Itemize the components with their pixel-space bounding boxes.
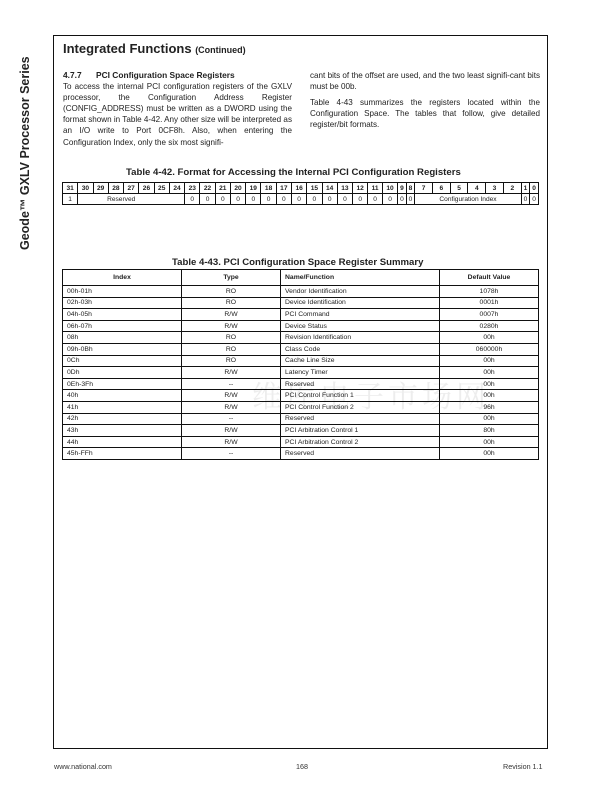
cell-name: Revision Identification	[281, 332, 440, 344]
bit-number-cell: 5	[450, 183, 468, 194]
cell-type: R/W	[182, 309, 281, 321]
bit-number-cell: 27	[124, 183, 139, 194]
bit-field-cell: 0	[200, 194, 215, 205]
bit-number-cell: 21	[215, 183, 230, 194]
bit-header-row: 3130292827262524232221201918171615141312…	[63, 183, 539, 194]
bit-number-cell: 0	[530, 183, 539, 194]
bit-number-cell: 22	[200, 183, 215, 194]
col-header-type: Type	[182, 270, 281, 286]
heading-continued: (Continued)	[195, 45, 245, 55]
footer-revision: Revision 1.1	[503, 762, 543, 771]
bit-field-cell: Reserved	[78, 194, 185, 205]
cell-default: 0280h	[440, 320, 539, 332]
bit-number-cell: 17	[276, 183, 291, 194]
watermark: 维库电子市场网	[252, 372, 490, 416]
cell-default: 060000h	[440, 343, 539, 355]
cell-default: 0001h	[440, 297, 539, 309]
cell-name: Device Identification	[281, 297, 440, 309]
bit-field-cell: 0	[276, 194, 291, 205]
cell-index: 09h-0Bh	[63, 343, 182, 355]
footer-page-number: 168	[296, 762, 308, 771]
bit-field-cell: 0	[230, 194, 245, 205]
bit-field-cell: 0	[406, 194, 415, 205]
cell-index: 45h-FFh	[63, 448, 182, 460]
cell-index: 0Ch	[63, 355, 182, 367]
bit-number-cell: 7	[415, 183, 433, 194]
cell-index: 40h	[63, 390, 182, 402]
table-row: 04h-05hR/WPCI Command0007h	[63, 309, 539, 321]
bit-field-cell: Configuration Index	[415, 194, 521, 205]
cell-type: RO	[182, 332, 281, 344]
bit-number-cell: 16	[291, 183, 306, 194]
cell-default: 00h	[440, 332, 539, 344]
table-42-caption: Table 4-42. Format for Accessing the Int…	[126, 167, 461, 178]
cell-default: 00h	[440, 355, 539, 367]
bit-number-cell: 30	[78, 183, 93, 194]
text-column-right: cant bits of the offset are used, and th…	[310, 70, 540, 130]
heading-title: Integrated Functions	[63, 41, 192, 56]
table-row: 06h-07hR/WDevice Status0280h	[63, 320, 539, 332]
cell-index: 0Dh	[63, 367, 182, 379]
col-header-default: Default Value	[440, 270, 539, 286]
bit-field-cell: 0	[368, 194, 383, 205]
bit-number-cell: 15	[307, 183, 322, 194]
cell-type: R/W	[182, 436, 281, 448]
cell-index: 00h-01h	[63, 286, 182, 298]
continued-paragraph: cant bits of the offset are used, and th…	[310, 70, 540, 92]
bit-number-cell: 12	[353, 183, 368, 194]
cell-type: RO	[182, 297, 281, 309]
bit-field-cell: 0	[215, 194, 230, 205]
bit-number-cell: 26	[139, 183, 154, 194]
table-row: 45h-FFh--Reserved00h	[63, 448, 539, 460]
bit-field-cell: 0	[291, 194, 306, 205]
cell-default: 00h	[440, 448, 539, 460]
cell-index: 08h	[63, 332, 182, 344]
cell-name: PCI Arbitration Control 2	[281, 436, 440, 448]
bit-number-cell: 13	[337, 183, 352, 194]
footer-website: www.national.com	[54, 762, 112, 771]
intro-paragraph: To access the internal PCI configuration…	[63, 81, 292, 148]
bit-field-cell: 0	[521, 194, 530, 205]
bit-field-cell: 0	[246, 194, 261, 205]
col-header-name: Name/Function	[281, 270, 440, 286]
cell-index: 02h-03h	[63, 297, 182, 309]
bit-field-cell: 1	[63, 194, 78, 205]
bit-number-cell: 9	[398, 183, 407, 194]
bit-number-cell: 31	[63, 183, 78, 194]
cell-index: 42h	[63, 413, 182, 425]
bit-number-cell: 2	[503, 183, 521, 194]
register-summary-table: Index Type Name/Function Default Value 0…	[62, 269, 539, 460]
cell-index: 06h-07h	[63, 320, 182, 332]
bit-number-cell: 28	[108, 183, 123, 194]
summary-paragraph: Table 4-43 summarizes the registers loca…	[310, 97, 540, 130]
cell-default: 80h	[440, 425, 539, 437]
bit-field-cell: 0	[530, 194, 539, 205]
bit-number-cell: 8	[406, 183, 415, 194]
bit-field-cell: 0	[382, 194, 397, 205]
bit-number-cell: 11	[368, 183, 383, 194]
table-row: 43hR/WPCI Arbitration Control 180h	[63, 425, 539, 437]
cell-index: 04h-05h	[63, 309, 182, 321]
cell-type: R/W	[182, 425, 281, 437]
table-header-row: Index Type Name/Function Default Value	[63, 270, 539, 286]
section-number: 4.7.7	[63, 70, 96, 81]
cell-index: 41h	[63, 401, 182, 413]
bit-field-cell: 0	[307, 194, 322, 205]
cell-index: 0Eh-3Fh	[63, 378, 182, 390]
table-row: 08hRORevision Identification00h	[63, 332, 539, 344]
cell-type: RO	[182, 355, 281, 367]
table-row: 00h-01hROVendor Identification1078h	[63, 286, 539, 298]
bit-field-row: 1Reserved0000000000000000Configuration I…	[63, 194, 539, 205]
table-row: 44hR/WPCI Arbitration Control 200h	[63, 436, 539, 448]
col-header-index: Index	[63, 270, 182, 286]
cell-default: 00h	[440, 436, 539, 448]
side-series-title: Geode™ GXLV Processor Series	[18, 56, 32, 250]
table-row: 09h-0BhROClass Code060000h	[63, 343, 539, 355]
text-column-left: 4.7.7PCI Configuration Space Registers T…	[63, 70, 292, 148]
cell-index: 43h	[63, 425, 182, 437]
bit-number-cell: 20	[230, 183, 245, 194]
bit-format-table: 3130292827262524232221201918171615141312…	[62, 182, 539, 205]
cell-name: PCI Command	[281, 309, 440, 321]
bit-number-cell: 14	[322, 183, 337, 194]
section-heading: 4.7.7PCI Configuration Space Registers	[63, 70, 292, 81]
cell-name: Reserved	[281, 448, 440, 460]
cell-name: PCI Arbitration Control 1	[281, 425, 440, 437]
bit-number-cell: 18	[261, 183, 276, 194]
bit-number-cell: 10	[382, 183, 397, 194]
cell-name: Vendor Identification	[281, 286, 440, 298]
cell-type: RO	[182, 343, 281, 355]
bit-number-cell: 3	[486, 183, 504, 194]
bit-field-cell: 0	[261, 194, 276, 205]
bit-number-cell: 23	[185, 183, 200, 194]
table-row: 02h-03hRODevice Identification0001h	[63, 297, 539, 309]
bit-number-cell: 25	[154, 183, 169, 194]
cell-default: 1078h	[440, 286, 539, 298]
section-title: PCI Configuration Space Registers	[96, 70, 235, 80]
bit-number-cell: 6	[433, 183, 451, 194]
bit-field-cell: 0	[337, 194, 352, 205]
bit-field-cell: 0	[398, 194, 407, 205]
table-43-caption: Table 4-43. PCI Configuration Space Regi…	[172, 257, 423, 268]
cell-default: 0007h	[440, 309, 539, 321]
bit-number-cell: 24	[169, 183, 184, 194]
page-heading: Integrated Functions (Continued)	[63, 41, 246, 56]
cell-type: R/W	[182, 320, 281, 332]
cell-name: Device Status	[281, 320, 440, 332]
table-row: 0ChROCache Line Size00h	[63, 355, 539, 367]
bit-number-cell: 29	[93, 183, 108, 194]
bit-number-cell: 19	[246, 183, 261, 194]
bit-field-cell: 0	[185, 194, 200, 205]
bit-number-cell: 1	[521, 183, 530, 194]
bit-field-cell: 0	[353, 194, 368, 205]
bit-number-cell: 4	[468, 183, 486, 194]
cell-index: 44h	[63, 436, 182, 448]
cell-name: Cache Line Size	[281, 355, 440, 367]
cell-name: Class Code	[281, 343, 440, 355]
cell-type: --	[182, 448, 281, 460]
bit-field-cell: 0	[322, 194, 337, 205]
cell-type: RO	[182, 286, 281, 298]
